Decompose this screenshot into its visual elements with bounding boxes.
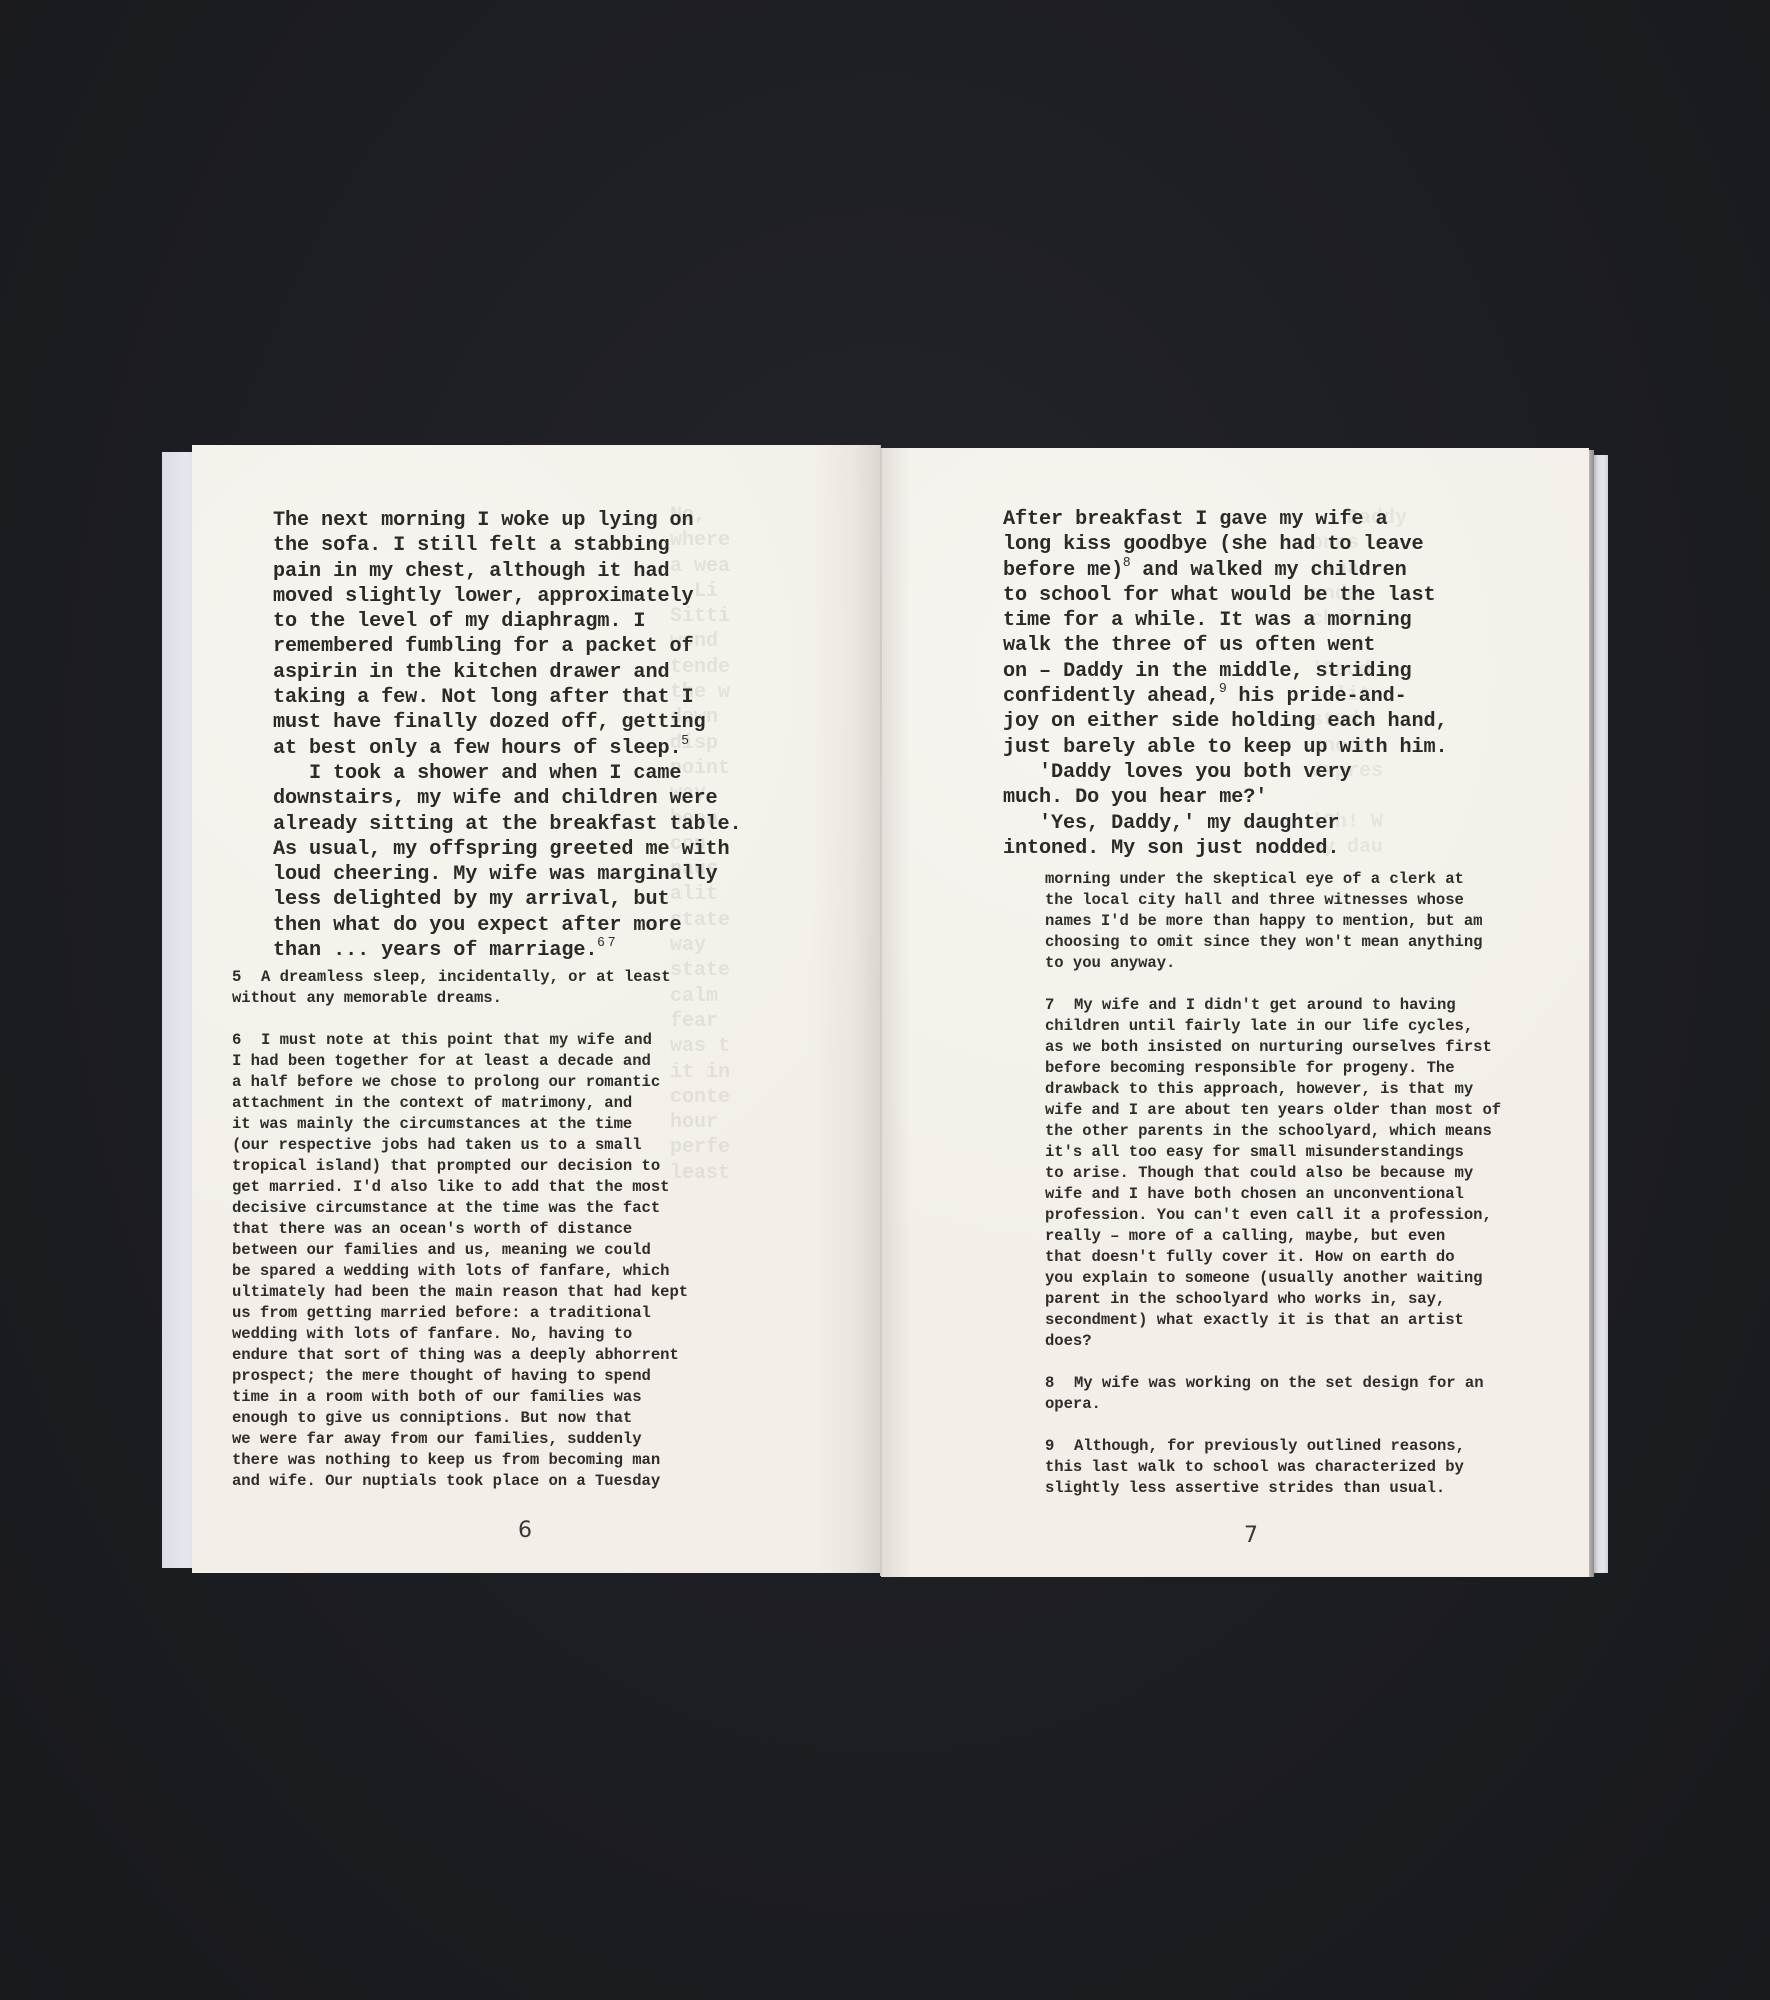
footnote-line: 6I must note at this point that my wife … — [232, 1030, 688, 1051]
footnote: 8My wife was working on the set design f… — [1045, 1373, 1501, 1415]
text-line-content: moved slightly lower, approximately — [273, 585, 694, 608]
footnote-text: I had been together for at least a decad… — [232, 1052, 651, 1070]
footnote-line: I had been together for at least a decad… — [232, 1051, 688, 1072]
footnote-text: attachment in the context of matrimony, … — [232, 1094, 632, 1112]
text-line-content: intoned. My son just nodded. — [1003, 837, 1339, 860]
footnote-line: and wife. Our nuptials took place on a T… — [232, 1471, 688, 1492]
footnote-line: tropical island) that prompted our decis… — [232, 1156, 688, 1177]
text-line-content: As usual, my offspring greeted me with — [273, 838, 730, 861]
footnote-text: (our respective jobs had taken us to a s… — [232, 1136, 642, 1154]
footnote-number: 9 — [1045, 1436, 1074, 1457]
footnote-line: decisive circumstance at the time was th… — [232, 1198, 688, 1219]
footnote-line: secondment) what exactly it is that an a… — [1045, 1310, 1501, 1331]
footnote-line: a half before we chose to prolong our ro… — [232, 1072, 688, 1093]
footnote-line: ultimately had been the main reason that… — [232, 1282, 688, 1303]
footnote-text: really – more of a calling, maybe, but e… — [1045, 1227, 1445, 1245]
footnote-line: it was mainly the circumstances at the t… — [232, 1114, 688, 1135]
text-line: walk the three of us often went — [1003, 633, 1448, 658]
footnote-text: tropical island) that prompted our decis… — [232, 1157, 660, 1175]
text-line: much. Do you hear me?' — [1003, 785, 1448, 810]
footnote-line: wedding with lots of fanfare. No, having… — [232, 1324, 688, 1345]
footnote-line: profession. You can't even call it a pro… — [1045, 1205, 1501, 1226]
text-line: intoned. My son just nodded. — [1003, 836, 1448, 861]
footnote: morning under the skeptical eye of a cle… — [1045, 869, 1501, 974]
footnote-line: wife and I have both chosen an unconvent… — [1045, 1184, 1501, 1205]
text-line: joy on either side holding each hand, — [1003, 709, 1448, 734]
right-main-text: After breakfast I gave my wife along kis… — [1003, 507, 1448, 861]
footnote-line: enough to give us conniptions. But now t… — [232, 1408, 688, 1429]
text-line-content: at best only a few hours of sleep. — [273, 737, 682, 760]
text-line: loud cheering. My wife was marginally — [273, 862, 742, 887]
footnote-text: that there was an ocean's worth of dista… — [232, 1220, 632, 1238]
footnote-text: to you anyway. — [1045, 954, 1175, 972]
footnote-line: to arise. Though that could also be beca… — [1045, 1163, 1501, 1184]
page-number-left: 6 — [518, 1518, 532, 1543]
open-book: '](]]]I]SII(((f(c No, where a wea Li Sit… — [0, 0, 1770, 2000]
footnote-text: time in a room with both of our families… — [232, 1388, 642, 1406]
footnote-text: I must note at this point that my wife a… — [261, 1031, 652, 1049]
left-footnotes: 5A dreamless sleep, incidentally, or at … — [232, 967, 688, 1513]
footnote-line: drawback to this approach, however, is t… — [1045, 1079, 1501, 1100]
footnote: 9Although, for previously outlined reaso… — [1045, 1436, 1501, 1499]
footnote-text: secondment) what exactly it is that an a… — [1045, 1311, 1464, 1329]
footnote-line: slightly less assertive strides than usu… — [1045, 1478, 1501, 1499]
text-line-content: already sitting at the breakfast table. — [273, 813, 742, 836]
text-line-content: the sofa. I still felt a stabbing — [273, 534, 669, 557]
footnote-text: the other parents in the schoolyard, whi… — [1045, 1122, 1492, 1140]
footnote-number: 8 — [1045, 1373, 1074, 1394]
footnote-line: us from getting married before: a tradit… — [232, 1303, 688, 1324]
footnote-text: that doesn't fully cover it. How on eart… — [1045, 1248, 1455, 1266]
footnote-line: you explain to someone (usually another … — [1045, 1268, 1501, 1289]
text-line: long kiss goodbye (she had to leave — [1003, 532, 1448, 557]
text-line-content: remembered fumbling for a packet of — [273, 635, 694, 658]
text-line-continuation: and walked my children — [1130, 559, 1406, 582]
text-line: to school for what would be the last — [1003, 583, 1448, 608]
footnote-text: to arise. Though that could also be beca… — [1045, 1164, 1473, 1182]
footnote: 6I must note at this point that my wife … — [232, 1030, 688, 1492]
footnote-text: before becoming responsible for progeny.… — [1045, 1059, 1455, 1077]
footnote-line: 7My wife and I didn't get around to havi… — [1045, 995, 1501, 1016]
text-line: confidently ahead,9 his pride-and- — [1003, 684, 1448, 709]
footnote-line: does? — [1045, 1331, 1501, 1352]
text-line: must have finally dozed off, getting — [273, 710, 742, 735]
footnote-text: it's all too easy for small misunderstan… — [1045, 1143, 1464, 1161]
footnote-text: us from getting married before: a tradit… — [232, 1304, 651, 1322]
footnote-line: wife and I are about ten years older tha… — [1045, 1100, 1501, 1121]
text-line: remembered fumbling for a packet of — [273, 634, 742, 659]
footnote-line: morning under the skeptical eye of a cle… — [1045, 869, 1501, 890]
text-line-content: After breakfast I gave my wife a — [1003, 508, 1387, 531]
footnote-text: profession. You can't even call it a pro… — [1045, 1206, 1492, 1224]
footnote-line: that doesn't fully cover it. How on eart… — [1045, 1247, 1501, 1268]
footnote-text: wife and I have both chosen an unconvent… — [1045, 1185, 1464, 1203]
footnote-marker: 6 7 — [597, 934, 615, 949]
footnote-line: it's all too easy for small misunderstan… — [1045, 1142, 1501, 1163]
text-line-content: just barely able to keep up with him. — [1003, 736, 1448, 759]
footnote-line: endure that sort of thing was a deeply a… — [232, 1345, 688, 1366]
footnote-line: names I'd be more than happy to mention,… — [1045, 911, 1501, 932]
footnote-line: get married. I'd also like to add that t… — [232, 1177, 688, 1198]
text-line: to the level of my diaphragm. I — [273, 609, 742, 634]
text-line-content: 'Daddy loves you both very — [1039, 761, 1351, 784]
footnote: 5A dreamless sleep, incidentally, or at … — [232, 967, 688, 1009]
footnote-line: that there was an ocean's worth of dista… — [232, 1219, 688, 1240]
footnote-line: without any memorable dreams. — [232, 988, 688, 1009]
footnote-text: My wife and I didn't get around to havin… — [1074, 996, 1456, 1014]
footnote-line: be spared a wedding with lots of fanfare… — [232, 1261, 688, 1282]
left-main-text: The next morning I woke up lying onthe s… — [273, 508, 742, 963]
footnote-line: the other parents in the schoolyard, whi… — [1045, 1121, 1501, 1142]
text-line-content: long kiss goodbye (she had to leave — [1003, 533, 1424, 556]
text-line: I took a shower and when I came — [273, 761, 742, 786]
text-line: moved slightly lower, approximately — [273, 584, 742, 609]
footnote: 7My wife and I didn't get around to havi… — [1045, 995, 1501, 1352]
footnote-text: a half before we chose to prolong our ro… — [232, 1073, 660, 1091]
footnote-text: morning under the skeptical eye of a cle… — [1045, 870, 1464, 888]
footnote-number: 7 — [1045, 995, 1074, 1016]
footnote-text: wedding with lots of fanfare. No, having… — [232, 1325, 632, 1343]
text-line: The next morning I woke up lying on — [273, 508, 742, 533]
footnote-text: between our families and us, meaning we … — [232, 1241, 651, 1259]
footnote-text: we were far away from our families, sudd… — [232, 1430, 642, 1448]
footnote-text: it was mainly the circumstances at the t… — [232, 1115, 632, 1133]
footnote-text: be spared a wedding with lots of fanfare… — [232, 1262, 669, 1280]
footnote-line: 5A dreamless sleep, incidentally, or at … — [232, 967, 688, 988]
footnote-line: 9Although, for previously outlined reaso… — [1045, 1436, 1501, 1457]
footnote-text: does? — [1045, 1332, 1092, 1350]
footnote-text: ultimately had been the main reason that… — [232, 1283, 688, 1301]
text-line: As usual, my offspring greeted me with — [273, 837, 742, 862]
text-line: less delighted by my arrival, but — [273, 887, 742, 912]
text-line-content: on – Daddy in the middle, striding — [1003, 660, 1412, 683]
footnote-line: choosing to omit since they won't mean a… — [1045, 932, 1501, 953]
text-line-content: aspirin in the kitchen drawer and — [273, 661, 669, 684]
footnote-text: decisive circumstance at the time was th… — [232, 1199, 660, 1217]
footnote-line: before becoming responsible for progeny.… — [1045, 1058, 1501, 1079]
footnote-line: this last walk to school was characteriz… — [1045, 1457, 1501, 1478]
footnote-text: prospect; the mere thought of having to … — [232, 1367, 651, 1385]
text-line-content: confidently ahead, — [1003, 685, 1219, 708]
right-cover-edge — [1594, 455, 1608, 1573]
footnote-text: slightly less assertive strides than usu… — [1045, 1479, 1445, 1497]
footnote-text: wife and I are about ten years older tha… — [1045, 1101, 1501, 1119]
text-line: the sofa. I still felt a stabbing — [273, 533, 742, 558]
text-line-content: before me) — [1003, 559, 1123, 582]
footnote-number: 6 — [232, 1030, 261, 1051]
text-line: than ... years of marriage.6 7 — [273, 938, 742, 963]
footnote-line: really – more of a calling, maybe, but e… — [1045, 1226, 1501, 1247]
footnote-line: time in a room with both of our families… — [232, 1387, 688, 1408]
right-footnotes: morning under the skeptical eye of a cle… — [1045, 869, 1501, 1520]
footnote-marker: 5 — [682, 732, 689, 747]
page-number-right: 7 — [1244, 1523, 1258, 1548]
spine-gutter — [880, 448, 882, 1576]
text-line: pain in my chest, although it had — [273, 559, 742, 584]
text-line-content: much. Do you hear me?' — [1003, 786, 1267, 809]
footnote-line: parent in the schoolyard who works in, s… — [1045, 1289, 1501, 1310]
text-line: taking a few. Not long after that I — [273, 685, 742, 710]
footnote-text: drawback to this approach, however, is t… — [1045, 1080, 1473, 1098]
text-line: downstairs, my wife and children were — [273, 786, 742, 811]
footnote-line: the local city hall and three witnesses … — [1045, 890, 1501, 911]
footnote-text: children until fairly late in our life c… — [1045, 1017, 1473, 1035]
footnote-line: to you anyway. — [1045, 953, 1501, 974]
text-line-content: loud cheering. My wife was marginally — [273, 863, 718, 886]
text-line: just barely able to keep up with him. — [1003, 735, 1448, 760]
text-line-content: downstairs, my wife and children were — [273, 787, 718, 810]
footnote-text: without any memorable dreams. — [232, 989, 502, 1007]
footnote-line: children until fairly late in our life c… — [1045, 1016, 1501, 1037]
footnote-text: endure that sort of thing was a deeply a… — [232, 1346, 679, 1364]
footnote-line: opera. — [1045, 1394, 1501, 1415]
footnote-line: attachment in the context of matrimony, … — [232, 1093, 688, 1114]
footnote-text: and wife. Our nuptials took place on a T… — [232, 1472, 660, 1490]
text-line-continuation: his pride-and- — [1226, 685, 1406, 708]
text-line: already sitting at the breakfast table. — [273, 812, 742, 837]
footnote-text: there was nothing to keep us from becomi… — [232, 1451, 660, 1469]
text-line-content: walk the three of us often went — [1003, 634, 1375, 657]
footnote-text: A dreamless sleep, incidentally, or at l… — [261, 968, 671, 986]
footnote-text: names I'd be more than happy to mention,… — [1045, 912, 1482, 930]
text-line-content: pain in my chest, although it had — [273, 560, 669, 583]
footnote-line: there was nothing to keep us from becomi… — [232, 1450, 688, 1471]
footnote-number: 5 — [232, 967, 261, 988]
footnote-text: you explain to someone (usually another … — [1045, 1269, 1482, 1287]
footnote-line: we were far away from our families, sudd… — [232, 1429, 688, 1450]
text-line-content: than ... years of marriage. — [273, 939, 597, 962]
text-line-content: taking a few. Not long after that I — [273, 686, 694, 709]
text-line-content: time for a while. It was a morning — [1003, 609, 1412, 632]
text-line: then what do you expect after more — [273, 913, 742, 938]
text-line: aspirin in the kitchen drawer and — [273, 660, 742, 685]
footnote-line: prospect; the mere thought of having to … — [232, 1366, 688, 1387]
text-line-content: to the level of my diaphragm. I — [273, 610, 645, 633]
text-line-content: less delighted by my arrival, but — [273, 888, 669, 911]
text-line-content: I took a shower and when I came — [309, 762, 681, 785]
footnote-text: opera. — [1045, 1395, 1101, 1413]
footnote-line: 8My wife was working on the set design f… — [1045, 1373, 1501, 1394]
text-line: 'Yes, Daddy,' my daughter — [1003, 811, 1448, 836]
footnote-line: (our respective jobs had taken us to a s… — [232, 1135, 688, 1156]
text-line-content: to school for what would be the last — [1003, 584, 1436, 607]
text-line: 'Daddy loves you both very — [1003, 760, 1448, 785]
footnote-text: this last walk to school was characteriz… — [1045, 1458, 1464, 1476]
footnote-text: get married. I'd also like to add that t… — [232, 1178, 669, 1196]
footnote-text: as we both insisted on nurturing ourselv… — [1045, 1038, 1492, 1056]
footnote-text: the local city hall and three witnesses … — [1045, 891, 1464, 909]
footnote-text: choosing to omit since they won't mean a… — [1045, 933, 1482, 951]
footnote-text: My wife was working on the set design fo… — [1074, 1374, 1484, 1392]
footnote-text: Although, for previously outlined reason… — [1074, 1437, 1465, 1455]
footnote-line: as we both insisted on nurturing ourselv… — [1045, 1037, 1501, 1058]
text-line: at best only a few hours of sleep.5 — [273, 736, 742, 761]
text-line: After breakfast I gave my wife a — [1003, 507, 1448, 532]
text-line-content: The next morning I woke up lying on — [273, 509, 694, 532]
footnote-text: enough to give us conniptions. But now t… — [232, 1409, 632, 1427]
text-line-content: then what do you expect after more — [273, 914, 682, 937]
text-line-content: joy on either side holding each hand, — [1003, 710, 1448, 733]
text-line: time for a while. It was a morning — [1003, 608, 1448, 633]
footnote-text: parent in the schoolyard who works in, s… — [1045, 1290, 1445, 1308]
footnote-line: between our families and us, meaning we … — [232, 1240, 688, 1261]
text-line-content: 'Yes, Daddy,' my daughter — [1039, 812, 1339, 835]
text-line: before me)8 and walked my children — [1003, 558, 1448, 583]
text-line-content: must have finally dozed off, getting — [273, 711, 706, 734]
